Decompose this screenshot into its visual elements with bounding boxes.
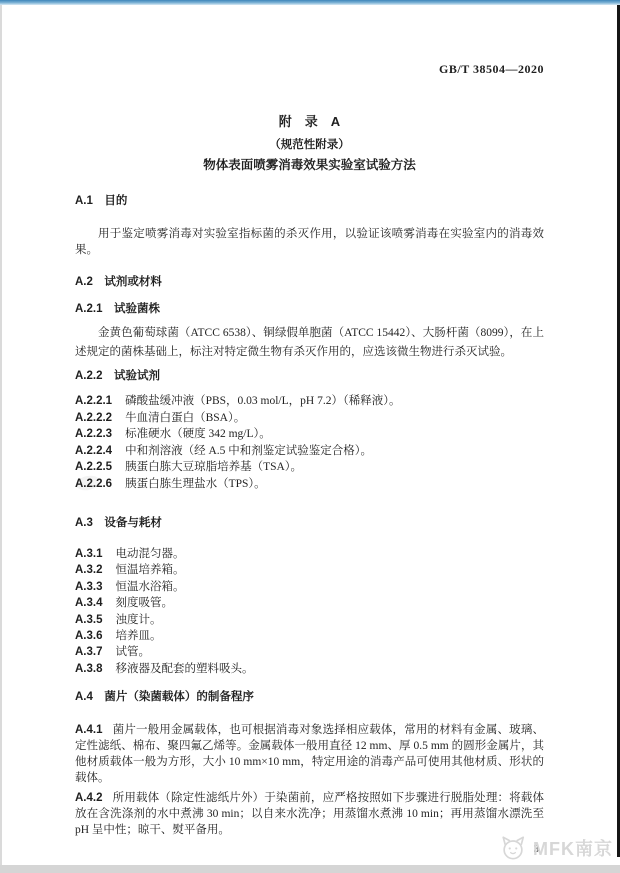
heading-a2: A.2 试剂或材料	[75, 275, 544, 290]
clause-text: 恒温培养箱。	[116, 564, 185, 576]
clause-number: A.3.6	[75, 630, 103, 642]
clause-number: A.3.3	[75, 581, 103, 593]
clause-number: A.3.4	[75, 597, 103, 609]
clause-text: 胰蛋白胨大豆琼脂培养基（TSA）。	[125, 461, 302, 473]
heading-a4: A.4 菌片（染菌载体）的制备程序	[75, 690, 544, 705]
list-item: A.2.2.1磷酸盐缓冲液（PBS，0.03 mol/L，pH 7.2）（稀释液…	[75, 393, 544, 410]
clause-text: 电动混匀器。	[116, 548, 185, 560]
list-item: A.2.2.2牛血清白蛋白（BSA）。	[75, 410, 544, 427]
list-item: A.3.4刻度吸管。	[75, 595, 544, 611]
appendix-label: 附 录 A	[75, 114, 544, 130]
list-item: A.2.2.4中和剂溶液（经 A.5 中和剂鉴定试验鉴定合格）。	[75, 443, 544, 460]
paragraph-a42: A.4.2所用载体（除定性滤纸片外）于染菌前，应严格按照如下步骤进行脱脂处理：将…	[75, 791, 544, 838]
list-item: A.3.7试管。	[75, 644, 544, 660]
clause-text: 中和剂溶液（经 A.5 中和剂鉴定试验鉴定合格）。	[125, 445, 372, 457]
clause-number: A.2.2.4	[75, 445, 112, 457]
document-content: GB/T 38504—2020 附 录 A （规范性附录） 物体表面喷雾消毒效果…	[0, 0, 620, 873]
clause-number: A.3.5	[75, 614, 103, 626]
document-page: GB/T 38504—2020 附 录 A （规范性附录） 物体表面喷雾消毒效果…	[0, 0, 620, 873]
clause-number: A.2.2.2	[75, 412, 112, 424]
clause-text: 磷酸盐缓冲液（PBS，0.03 mol/L，pH 7.2）（稀释液）。	[125, 395, 400, 407]
clause-number: A.3.7	[75, 646, 103, 658]
standard-code: GB/T 38504—2020	[75, 62, 544, 76]
page-bottom-strip	[0, 865, 620, 873]
clause-number: A.4.1	[75, 724, 103, 736]
clause-text: 刻度吸管。	[116, 597, 174, 609]
clause-text: 试管。	[116, 646, 151, 658]
clause-number: A.3.8	[75, 663, 103, 675]
clause-text: 移液器及配套的塑料吸头。	[116, 663, 254, 675]
page-number: 3	[75, 843, 544, 856]
clause-text: 标准硬水（硬度 342 mg/L）。	[125, 428, 271, 440]
clause-text: 所用载体（除定性滤纸片外）于染菌前，应严格按照如下步骤进行脱脂处理：将载体放在含…	[75, 792, 544, 836]
clause-text: 菌片一般用金属载体，也可根据消毒对象选择相应载体，常用的材料有金属、玻璃、定性滤…	[75, 724, 544, 783]
clause-number: A.3.1	[75, 548, 103, 560]
heading-a21: A.2.1 试验菌株	[75, 302, 544, 317]
clause-number: A.3.2	[75, 564, 103, 576]
heading-a22: A.2.2 试验试剂	[75, 369, 544, 384]
paragraph-a1: 用于鉴定喷雾消毒对实验室指标菌的杀灭作用，以验证该喷雾消毒在实验室内的消毒效果。	[75, 226, 544, 258]
list-item: A.3.1电动混匀器。	[75, 546, 544, 562]
paragraph-a21: 金黄色葡萄球菌（ATCC 6538）、铜绿假单胞菌（ATCC 15442）、大肠…	[75, 324, 544, 362]
list-item: A.2.2.5胰蛋白胨大豆琼脂培养基（TSA）。	[75, 459, 544, 476]
equipment-list: A.3.1电动混匀器。 A.3.2恒温培养箱。 A.3.3恒温水浴箱。 A.3.…	[75, 546, 544, 677]
clause-text: 培养皿。	[116, 630, 162, 642]
heading-a3: A.3 设备与耗材	[75, 516, 544, 531]
appendix-note: （规范性附录）	[75, 138, 544, 153]
list-item: A.3.2恒温培养箱。	[75, 562, 544, 578]
clause-number: A.2.2.6	[75, 478, 112, 490]
watermark: MFK南京	[498, 834, 613, 861]
appendix-title: 物体表面喷雾消毒效果实验室试验方法	[75, 157, 544, 173]
clause-text: 牛血清白蛋白（BSA）。	[125, 412, 245, 424]
reagent-list: A.2.2.1磷酸盐缓冲液（PBS，0.03 mol/L，pH 7.2）（稀释液…	[75, 393, 544, 492]
clause-number: A.2.2.5	[75, 461, 112, 473]
list-item: A.3.3恒温水浴箱。	[75, 579, 544, 595]
clause-text: 浊度计。	[116, 614, 162, 626]
cat-logo-icon	[498, 834, 528, 861]
heading-a1: A.1 目的	[75, 194, 544, 209]
list-item: A.2.2.3标准硬水（硬度 342 mg/L）。	[75, 426, 544, 443]
clause-text: 胰蛋白胨生理盐水（TPS）。	[125, 478, 266, 490]
list-item: A.3.5浊度计。	[75, 612, 544, 628]
clause-number: A.2.2.1	[75, 395, 112, 407]
clause-text: 恒温水浴箱。	[116, 581, 185, 593]
list-item: A.2.2.6胰蛋白胨生理盐水（TPS）。	[75, 476, 544, 493]
paragraph-a41: A.4.1菌片一般用金属载体，也可根据消毒对象选择相应载体，常用的材料有金属、玻…	[75, 723, 544, 786]
clause-number: A.4.2	[75, 792, 103, 804]
watermark-text: MFK南京	[533, 835, 613, 861]
list-item: A.3.8移液器及配套的塑料吸头。	[75, 661, 544, 677]
clause-number: A.2.2.3	[75, 428, 112, 440]
list-item: A.3.6培养皿。	[75, 628, 544, 644]
